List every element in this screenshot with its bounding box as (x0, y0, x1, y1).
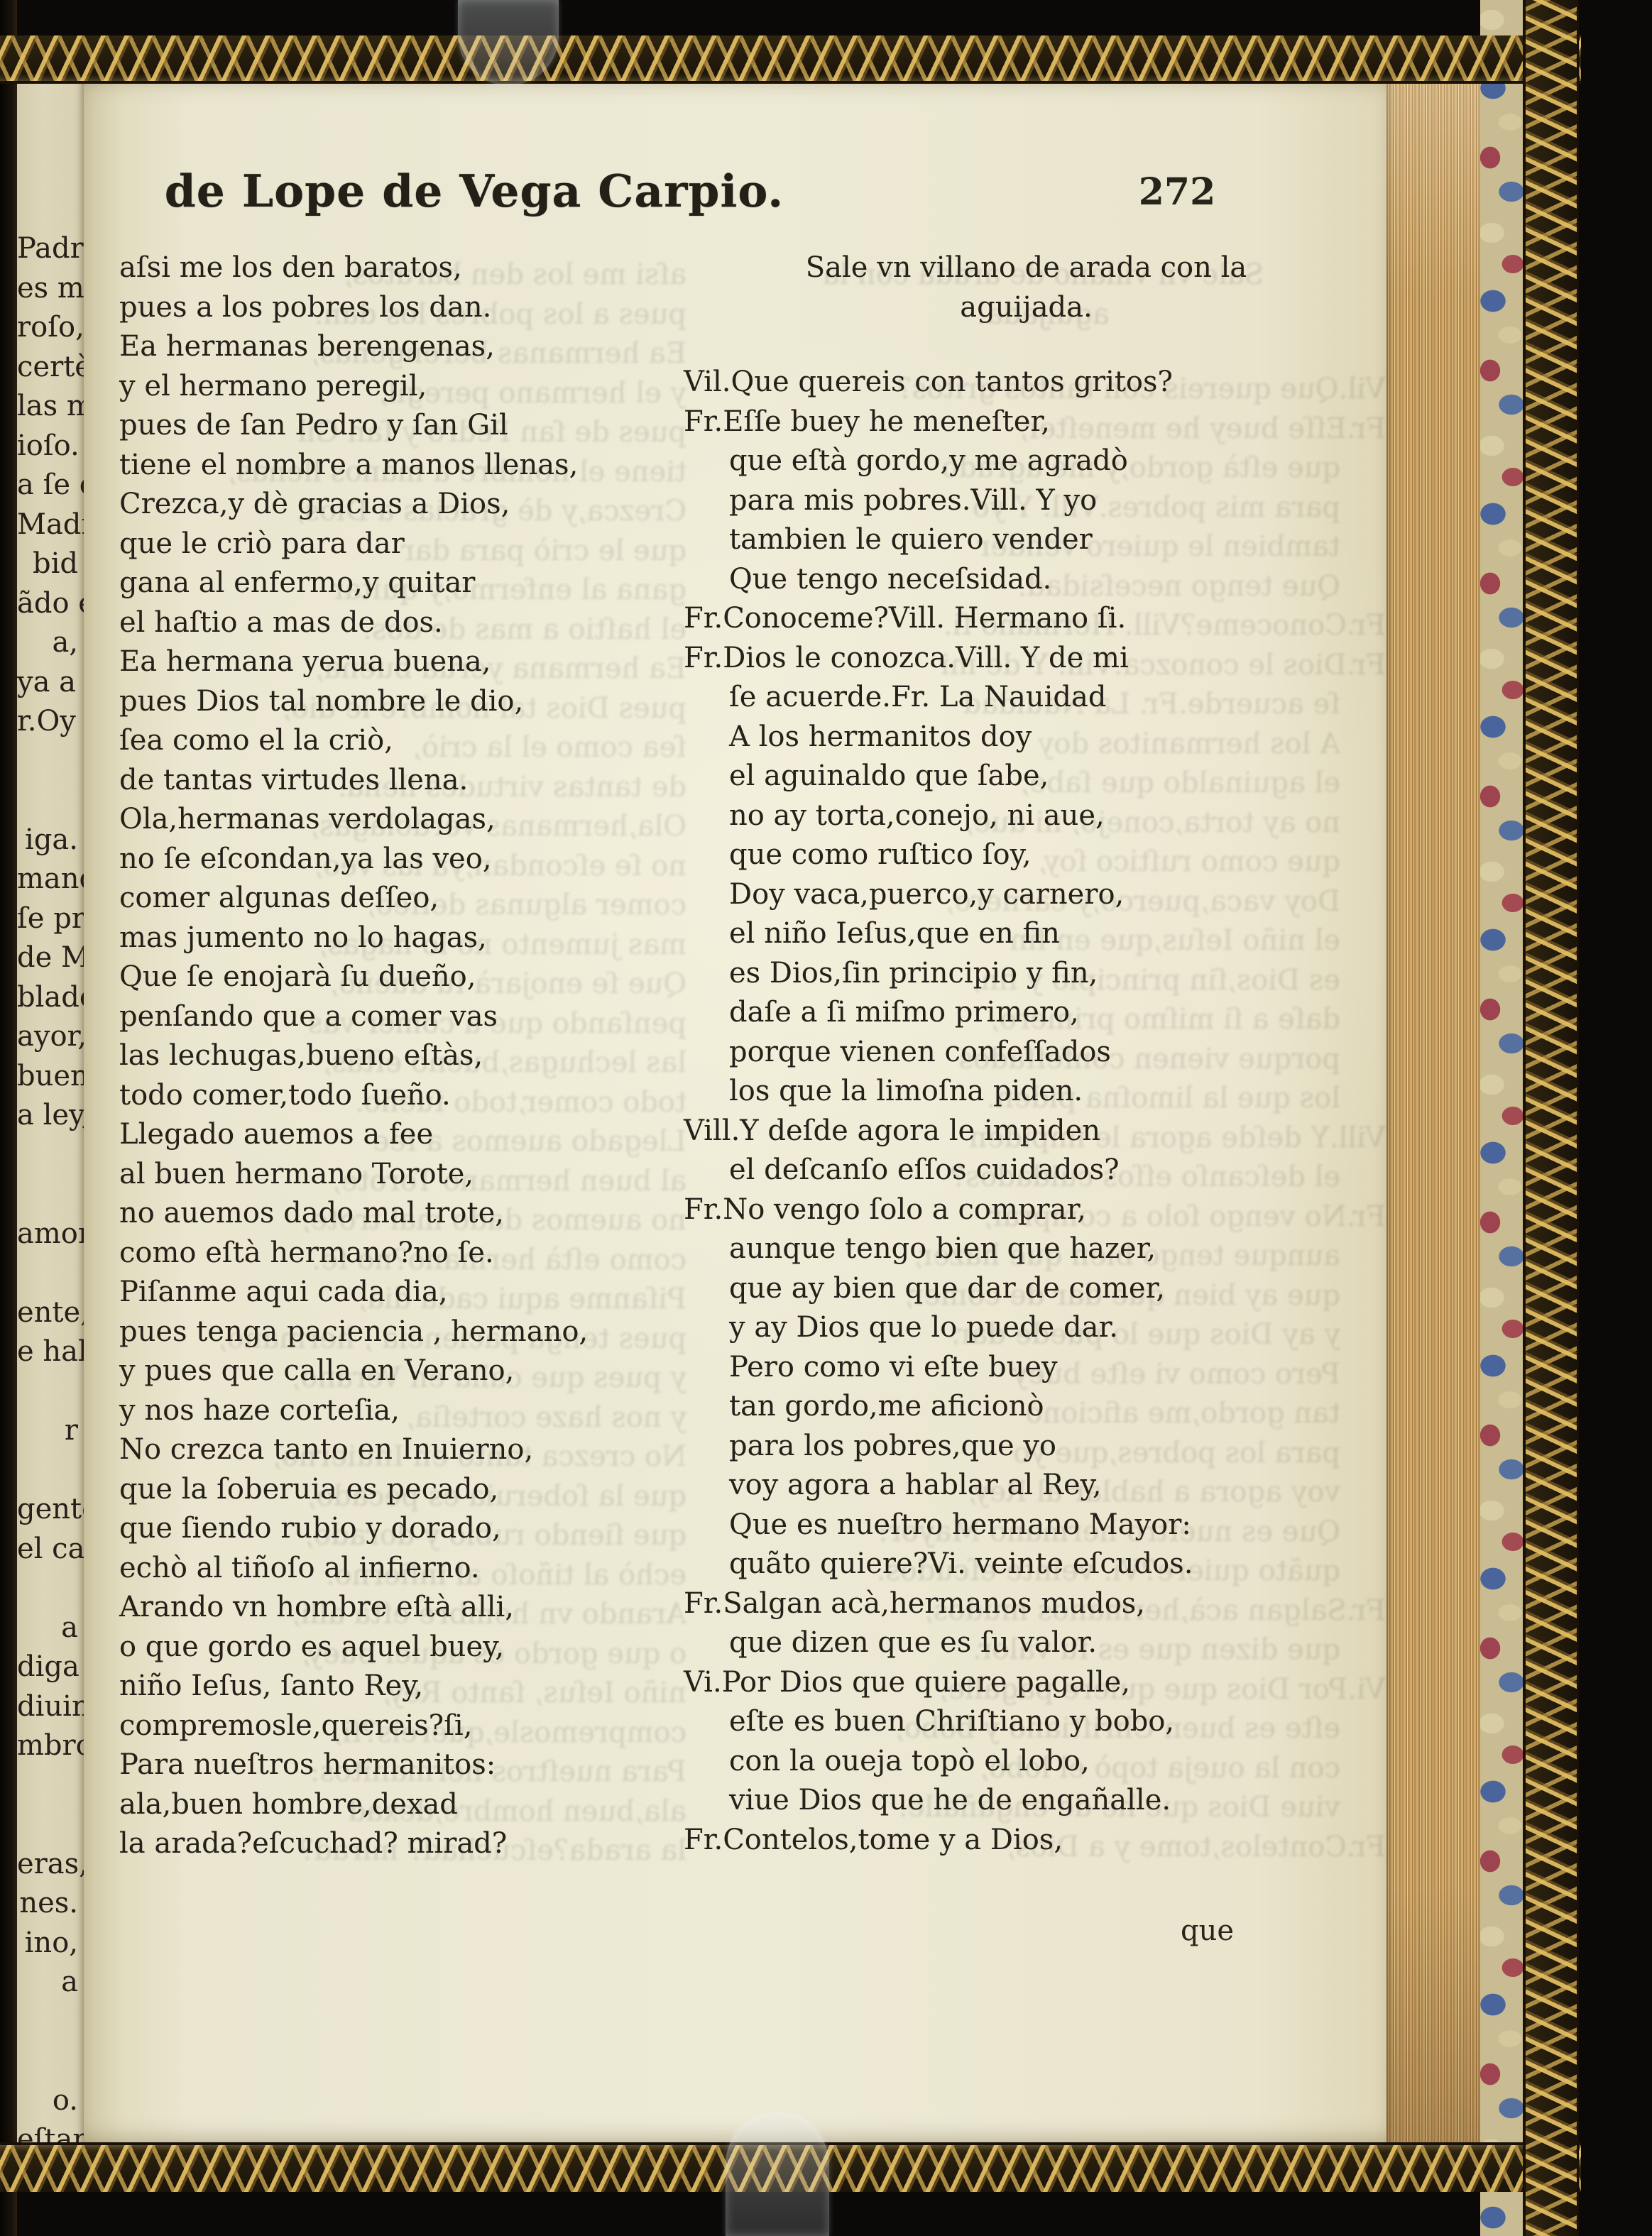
verse-line: Vill.Y deſde agora le impiden (684, 1112, 1369, 1151)
facing-page-fragment: a ſe entre, (17, 466, 78, 505)
verse-line: y pues que calla en Verano, (119, 1352, 669, 1391)
book-page: de Lope de Vega Carpio. 272 aſsi me los … (84, 80, 1386, 2144)
verse-line: que le criò para dar (119, 525, 669, 564)
verse-line: Fr.Salgan acà,hermanos mudos, (684, 1584, 1369, 1624)
verse-line: pues a los pobres los dan. (119, 288, 669, 328)
verse-line: Que tengo neceſsidad. (684, 560, 1369, 600)
verse-line: la arada?eſcuchad? mirad? (119, 1824, 669, 1864)
verse-line: y ay Dios que lo puede dar. (684, 1308, 1369, 1348)
right-column-text: Sale vn villano de arada con laaguijada.… (684, 248, 1369, 1860)
verse-line: compremosle,quereis?ſi, (119, 1706, 669, 1746)
verse-line: pues tenga paciencia , hermano, (119, 1312, 669, 1352)
facing-page-fragment: diuino. (17, 1687, 78, 1727)
facing-page-fragment: ayor, (17, 1017, 78, 1057)
facing-page-fragment (17, 2002, 78, 2042)
facing-page-fragment (17, 1254, 78, 1293)
verse-line: ſea como el la criò, (119, 721, 669, 761)
verse-line: de tantas virtudes llena. (119, 761, 669, 801)
verse-line: Fr.Dios le conozca.Vill. Y de mi (684, 639, 1369, 679)
verse-line: niño Ieſus, ſanto Rey, (119, 1667, 669, 1706)
verse-line: con la oueja topò el lobo, (684, 1742, 1369, 1782)
facing-page-fragment: a (17, 1963, 78, 2002)
facing-page-fragment (17, 1766, 78, 1806)
verse-line: no auemos dado mal trote, (119, 1194, 669, 1234)
verse-line: las lechugas,bueno eſtàs, (119, 1036, 669, 1076)
verse-line: Fr.Eſſe buey he meneſter, (684, 402, 1369, 442)
facing-page-fragment: a (17, 1609, 78, 1648)
verse-line: voy agora a hablar al Rey, (684, 1466, 1369, 1506)
photographed-book-page: Padre,es mia.roſo,certè,las mat:ioſo.a ſ… (0, 0, 1652, 2236)
facing-page-fragment (17, 2042, 78, 2081)
facing-page-fragment: ya a ver. (17, 663, 78, 703)
verse-line: Doy vaca,puerco,y carnero, (684, 875, 1369, 915)
verse-line: Fr.No vengo ſolo a comprar, (684, 1190, 1369, 1230)
verse-line: Vil.Que quereis con tantos gritos? (684, 363, 1369, 402)
facing-page-fragment (17, 1451, 78, 1491)
facing-page-fragment (17, 781, 78, 821)
verse-line: tiene el nombre a manos llenas, (119, 446, 669, 486)
verse-line: aunque tengo bien que hazer, (684, 1229, 1369, 1269)
verse-line: Ola,hermanas verdolagas, (119, 800, 669, 840)
facing-page-fragment (17, 1372, 78, 1412)
verse-line: el haſtio a mas de dos. (119, 603, 669, 643)
facing-page-fragment (17, 742, 78, 782)
verse-line: comer algunas deſſeo, (119, 879, 669, 919)
verse-line: No crezca tanto en Inuierno, (119, 1430, 669, 1470)
facing-page-fragment: diga (17, 1648, 78, 1687)
facing-page-fragment: es mia. (17, 269, 78, 309)
facing-page-fragment: iga. (17, 821, 78, 860)
verse-line: Crezca,y dè gracias a Dios, (119, 485, 669, 525)
gilt-border-right (1523, 0, 1579, 2236)
facing-page-fragment: el camin (17, 1530, 78, 1569)
verse-line: el aguinaldo que ſabe, (684, 757, 1369, 796)
verse-line: quãto quiere?Vi. veinte eſcudos. (684, 1545, 1369, 1584)
facing-page-fragment: ãdo eſcri (17, 584, 78, 624)
verse-line: que ay bien que dar de comer, (684, 1269, 1369, 1309)
facing-page-fragment: e hablar, (17, 1332, 78, 1372)
verse-line: Ea hermana yerua buena, (119, 642, 669, 682)
stage-direction: Sale vn villano de arada con laaguijada. (684, 248, 1369, 327)
facing-page-fragment: ioſo. (17, 427, 78, 466)
facing-page-fragment: Padre, (17, 229, 78, 269)
facing-page-fragment: mandado, (17, 860, 78, 899)
verse-line: mas jumento no lo hagas, (119, 919, 669, 958)
verse-line: al buen hermano Torote, (119, 1155, 669, 1195)
verse-line: ala,buen hombre,dexad (119, 1785, 669, 1825)
verse-line: como eſtà hermano?no ſe. (119, 1234, 669, 1273)
verse-line: A los hermanitos doy (684, 718, 1369, 757)
verse-line: tan gordo,me aficionò (684, 1387, 1369, 1427)
catchword: que (1181, 1914, 1234, 1947)
mounting-strap-bottom (726, 2112, 829, 2236)
verse-line: todo comer,todo ſueño. (119, 1076, 669, 1116)
verse-line: que la ſoberuia es pecado, (119, 1470, 669, 1510)
verse-line: que dizen que es ſu valor. (684, 1623, 1369, 1663)
verse-line: y el hermano peregil, (119, 367, 669, 407)
facing-page-fragment: roſo, (17, 308, 78, 348)
verse-line: Fr.Contelos,tome y a Dios, (684, 1821, 1369, 1860)
verse-line: no ay torta,conejo, ni aue, (684, 796, 1369, 836)
verse-line: porque vienen confeſſados (684, 1033, 1369, 1073)
verse-line: el niño Ieſus,que en fin (684, 914, 1369, 954)
facing-page-fragment: eras, (17, 1845, 78, 1885)
marbled-endpaper (1480, 0, 1523, 2236)
verse-line: pues Dios tal nombre le dio, (119, 682, 669, 722)
facing-page-fragment: ſe priſſa, (17, 899, 78, 939)
facing-page-fragment: amor. (17, 1215, 78, 1254)
verse-line: tambien le quiero vender (684, 520, 1369, 560)
verse-line: los que la limoſna piden. (684, 1072, 1369, 1112)
verse-line: Pero como vi eſte buey (684, 1348, 1369, 1388)
verse-line: que como ruſtico ſoy, (684, 835, 1369, 875)
verse-line: aſsi me los den baratos, (119, 248, 669, 288)
fore-edge-pages (1384, 39, 1480, 2190)
verse-line: echò al tiñoſo al infierno. (119, 1549, 669, 1589)
verse-line: que ſiendo rubio y dorado, (119, 1509, 669, 1549)
verse-line: Que es nueſtro hermano Mayor: (684, 1506, 1369, 1545)
verse-line: y nos haze corteſia, (119, 1391, 669, 1431)
facing-page-fragment: gente. (17, 1490, 78, 1530)
facing-page-fragment: r.Oy ha de (17, 702, 78, 742)
facing-page-fragment: de Miſſa, (17, 938, 78, 978)
facing-page-fragment: las mat: (17, 387, 78, 427)
page-number: 272 (1117, 170, 1237, 214)
verse-line: Para nueſtros hermanitos: (119, 1745, 669, 1785)
spine-gutter-edge (0, 0, 17, 2236)
facing-page-fragment: ente, (17, 1293, 78, 1333)
verse-line: viue Dios que he de engañalle. (684, 1781, 1369, 1821)
verse-line: es Dios,ſin principio y fin, (684, 954, 1369, 994)
verse-line: Vi.Por Dios que quiere pagalle, (684, 1663, 1369, 1703)
facing-page-fragment (17, 1136, 78, 1175)
right-column: Sale vn villano de arada con laaguijada.… (684, 248, 1369, 1860)
verse-line: pues de ſan Pedro y ſan Gil (119, 406, 669, 446)
verse-line: Que ſe enojarà ſu dueño, (119, 958, 669, 997)
verse-line: no ſe eſcondan,ya las veo, (119, 840, 669, 879)
facing-page-edge: Padre,es mia.roſo,certè,las mat:ioſo.a ſ… (17, 39, 84, 2188)
verse-line: eſte es buen Chriſtiano y bobo, (684, 1702, 1369, 1742)
verse-line: o que gordo es aquel buey, (119, 1628, 669, 1667)
facing-page-fragment: o. (17, 2081, 78, 2121)
facing-page-fragment: blado (17, 978, 78, 1018)
facing-page-fragment: a ley, (17, 1096, 78, 1136)
facing-page-fragment: r (17, 1411, 78, 1451)
left-column-text: aſsi me los den baratos,pues a los pobre… (119, 248, 669, 1864)
facing-page-fragment: buen Rey (17, 1057, 78, 1097)
verse-line: para mis pobres.Vill. Y yo (684, 481, 1369, 521)
facing-page-fragment (17, 1175, 78, 1215)
stage-direction-line: Sale vn villano de arada con la (684, 248, 1369, 288)
dialogue: Vil.Que quereis con tantos gritos?Fr.Eſſ… (684, 363, 1369, 1860)
left-column: aſsi me los den baratos,pues a los pobre… (119, 248, 669, 1864)
facing-page-fragment (17, 1805, 78, 1845)
verse-line: penſando que a comer vas (119, 997, 669, 1037)
verse-line: Arando vn hombre eſtà alli, (119, 1588, 669, 1628)
stage-direction-line: aguijada. (684, 288, 1369, 328)
verse-line: gana al enfermo,y quitar (119, 564, 669, 603)
facing-page-fragment: a, (17, 623, 78, 663)
running-title: de Lope de Vega Carpio. (126, 165, 822, 217)
verse-line: Fr.Conoceme?Vill. Hermano ſi. (684, 599, 1369, 639)
facing-page-fragment: bid (17, 544, 78, 584)
verse-line: ſe acuerde.Fr. La Nauidad (684, 678, 1369, 718)
verse-line: para los pobres,que yo (684, 1427, 1369, 1467)
verse-line: que eſtà gordo,y me agradò (684, 442, 1369, 481)
verse-line: daſe a ſi miſmo primero, (684, 993, 1369, 1033)
facing-page-fragment: ino, (17, 1924, 78, 1963)
verse-line: Llegado auemos a fee (119, 1115, 669, 1155)
facing-page-fragment: mbrones, (17, 1726, 78, 1766)
facing-page-fragment: certè, (17, 348, 78, 388)
gilt-border-top (0, 35, 1581, 84)
verse-line: el deſcanſo eſſos cuidados? (684, 1151, 1369, 1190)
facing-page-fragment (17, 1569, 78, 1609)
facing-page-fragment: nes. (17, 1884, 78, 1924)
facing-page-fragment: Madrid, (17, 505, 78, 545)
verse-line: Ea hermanas berengenas, (119, 327, 669, 367)
verse-line: Piſanme aqui cada dia, (119, 1273, 669, 1312)
